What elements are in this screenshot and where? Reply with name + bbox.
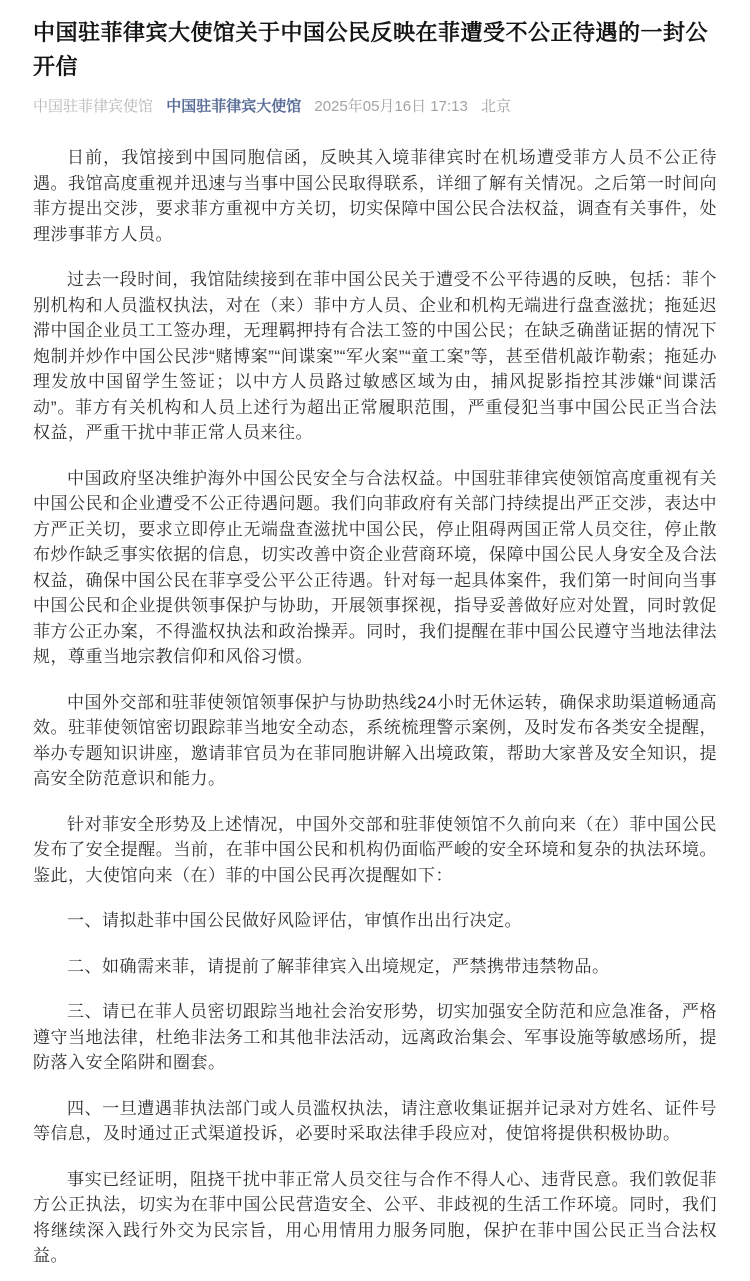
article-body: 日前，我馆接到中国同胞信函，反映其入境菲律宾时在机场遭受菲方人员不公正待遇。我馆… [33,145,717,1269]
article-meta: 中国驻菲律宾使馆 中国驻菲律宾大使馆 2025年05月16日 17:13 北京 [33,96,717,117]
paragraph-intro: 日前，我馆接到中国同胞信函，反映其入境菲律宾时在机场遭受菲方人员不公正待遇。我馆… [33,145,717,247]
paragraph-complaints: 过去一段时间，我馆陆续接到在菲中国公民关于遭受不公平待遇的反映，包括：菲个别机构… [33,267,717,446]
paragraph-gov-position: 中国政府坚决维护海外中国公民安全与合法权益。中国驻菲律宾使领馆高度重视有关中国公… [33,466,717,670]
reminder-item-4: 四、一旦遭遇菲执法部门或人员滥权执法，请注意收集证据并记录对方姓名、证件号等信息… [33,1096,717,1147]
publish-location: 北京 [481,98,511,115]
article-page: 中国驻菲律宾大使馆关于中国公民反映在菲遭受不公正待遇的一封公开信 中国驻菲律宾使… [0,0,750,1281]
author-name: 中国驻菲律宾使馆 [33,98,153,115]
reminder-item-2: 二、如确需来菲，请提前了解菲律宾入出境规定，严禁携带违禁物品。 [33,954,717,980]
article-title: 中国驻菲律宾大使馆关于中国公民反映在菲遭受不公正待遇的一封公开信 [33,16,717,84]
reminder-item-1: 一、请拟赴菲中国公民做好风险评估，审慎作出出行决定。 [33,908,717,934]
paragraph-hotline: 中国外交部和驻菲使领馆领事保护与协助热线24小时无休运转，确保求助渠道畅通高效。… [33,690,717,792]
publish-date: 2025年05月16日 17:13 [314,98,467,115]
reminder-item-3: 三、请已在菲人员密切跟踪当地社会治安形势，切实加强安全防范和应急准备，严格遵守当… [33,999,717,1076]
paragraph-reminder-intro: 针对菲安全形势及上述情况，中国外交部和驻菲使领馆不久前向来（在）菲中国公民发布了… [33,812,717,889]
official-account-link[interactable]: 中国驻菲律宾大使馆 [166,98,301,115]
paragraph-conclusion: 事实已经证明，阻挠干扰中菲正常人员交往与合作不得人心、违背民意。我们敦促菲方公正… [33,1167,717,1269]
